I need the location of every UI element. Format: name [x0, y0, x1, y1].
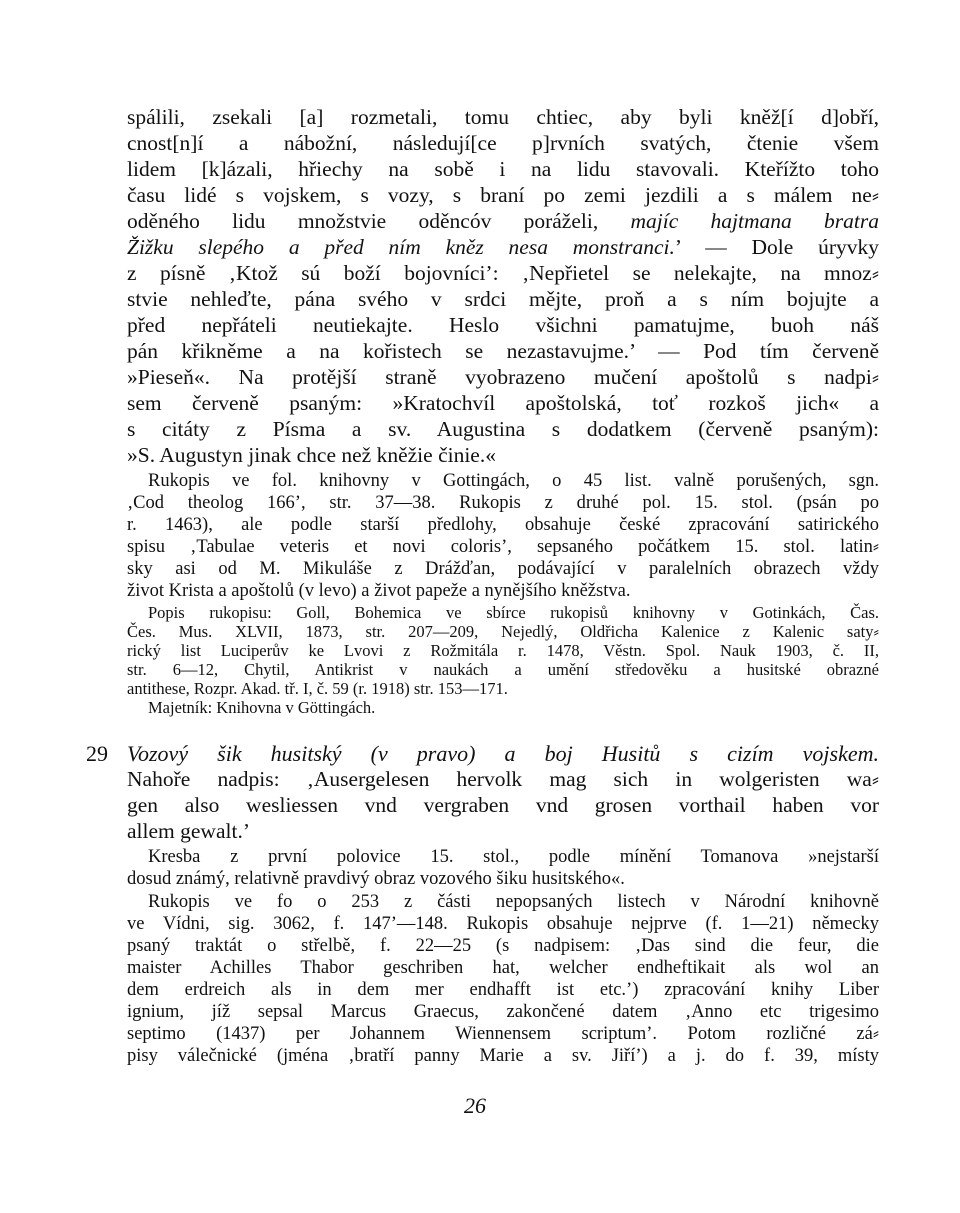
note-line: maister Achilles Thabor geschriben hat, … [127, 958, 879, 979]
text-line: lidem [k]ázali, hřiechy na sobě i na lid… [127, 157, 879, 182]
text-line: pán křikněme a na kořistech se nezastavu… [127, 339, 879, 364]
text-span: oděného lidu množstvie oděncóv poráželi, [127, 209, 630, 233]
page-number: 26 [464, 1093, 486, 1119]
note-line: ‚Cod theolog 166’, str. 37—38. Rukopis z… [127, 493, 879, 514]
owner-line: Majetník: Knihovna v Göttingách. [148, 698, 879, 718]
note-line: rický list Luciperův ke Lvovi z Rožmitál… [127, 641, 879, 661]
text-line: cnost[n]í a nábožní, následují[ce p]rvní… [127, 131, 879, 156]
italic-quote: Žižku slepého a před ním kněz nesa monst… [127, 235, 675, 259]
text-line: gen also wesliessen vnd vergraben vnd gr… [127, 793, 879, 818]
text-line: spálili, zsekali [a] rozmetali, tomu cht… [127, 105, 879, 130]
note-line: antithese, Rozpr. Akad. tř. I, č. 59 (r.… [127, 679, 879, 699]
text-line: stvie nehleďte, pána svého v srdci mějte… [127, 287, 879, 312]
note-line: pisy válečnické (jména ‚bratří panny Mar… [127, 1046, 879, 1067]
note-line: Kresba z první polovice 15. stol., podle… [148, 847, 879, 868]
note-line: Rukopis ve fol. knihovny v Gottingách, o… [148, 471, 879, 492]
entry-title: Vozový šik husitský (v pravo) a boj Husi… [127, 741, 879, 767]
text-line: před nepřáteli neutiekajte. Heslo všichn… [127, 313, 879, 338]
note-line: Popis rukopisu: Goll, Bohemica ve sbírce… [148, 603, 879, 623]
note-line: sky asi od M. Mikuláše z Drážďan, podáva… [127, 559, 879, 580]
text-line: allem gewalt.’ [127, 819, 879, 844]
note-line: psaný traktát o střelbě, f. 22—25 (s nad… [127, 936, 879, 957]
entry-number: 29 [86, 741, 108, 767]
text-line: z písně ‚Ktož sú boží bojovníci’: ‚Nepři… [127, 261, 879, 286]
note-line: str. 6—12, Chytil, Antikrist v naukách a… [127, 660, 879, 680]
note-line: dosud známý, relativně pravdivý obraz vo… [127, 869, 879, 890]
text-line: sem červeně psaným: »Kratochvíl apoštols… [127, 391, 879, 416]
text-span: ’ — Dole úryvky [675, 235, 879, 259]
note-line: dem erdreich als in dem mer endhafft ist… [127, 980, 879, 1001]
note-line: r. 1463), ale podle starší předlohy, obs… [127, 515, 879, 536]
text-line: času lidé s vojskem, s vozy, s braní po … [127, 183, 879, 208]
italic-quote: majíc hajtmana bratra [630, 209, 879, 233]
text-line: »S. Augustyn jinak chce než kněžie činie… [127, 443, 879, 468]
text-line: »Pieseň«. Na protější straně vyobrazeno … [127, 365, 879, 390]
note-line: spisu ‚Tabulae veteris et novi coloris’,… [127, 537, 879, 558]
text-line: oděného lidu množstvie oděncóv poráželi,… [127, 209, 879, 234]
note-line: Čes. Mus. XLVII, 1873, str. 207—209, Nej… [127, 622, 879, 642]
note-line: ve Vídni, sig. 3062, f. 147’—148. Rukopi… [127, 914, 879, 935]
note-line: Rukopis ve fo o 253 z části nepopsaných … [148, 892, 879, 913]
text-line: Nahoře nadpis: ‚Ausergelesen hervolk mag… [127, 767, 879, 792]
text-line: Žižku slepého a před ním kněz nesa monst… [127, 235, 879, 260]
note-line: septimo (1437) per Johannem Wiennensem s… [127, 1024, 879, 1045]
note-line: ignium, jíž sepsal Marcus Graecus, zakon… [127, 1002, 879, 1023]
text-line: s citáty z Písma a sv. Augustina s dodat… [127, 417, 879, 442]
note-line: život Krista a apoštolů (v levo) a život… [127, 581, 879, 602]
